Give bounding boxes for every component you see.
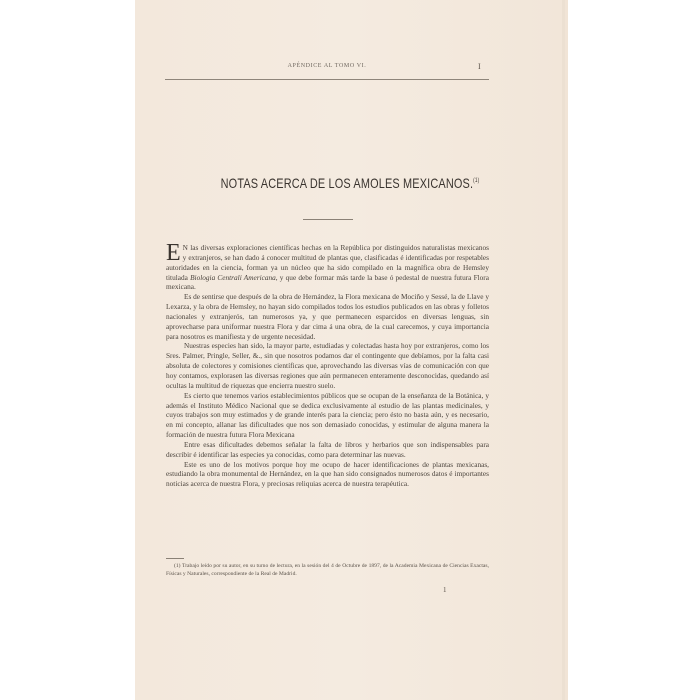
- article-title-text: NOTAS ACERCA DE LOS AMOLES MEXICANOS.: [221, 175, 474, 191]
- title-rule: [303, 219, 353, 220]
- running-head-title: APÉNDICE AL TOMO VI.: [165, 63, 489, 69]
- footnote-text: Trabajo leído por su autor, en su turno …: [166, 563, 489, 577]
- drop-cap: E: [166, 244, 181, 262]
- footnote-marker: (1): [174, 563, 181, 569]
- title-footnote-marker: (1): [473, 178, 479, 184]
- paragraph: EN las diversas exploraciones científica…: [166, 243, 489, 292]
- paragraph: Este es uno de los motivos porque hoy me…: [166, 460, 489, 490]
- paragraph: Es cierto que tenemos varios establecimi…: [166, 391, 489, 440]
- book-title: Biologia Centrali Americana: [190, 273, 276, 282]
- article-body: EN las diversas exploraciones científica…: [166, 243, 489, 489]
- running-head-folio: I: [478, 62, 481, 71]
- paragraph: Es de sentirse que después de la obra de…: [166, 292, 489, 341]
- footnote: (1) Trabajo leído por su autor, en su tu…: [166, 562, 489, 578]
- paragraph: Nuestras especies han sido, la mayor par…: [166, 341, 489, 390]
- footnote-rule: [166, 558, 184, 559]
- article-title: NOTAS ACERCA DE LOS AMOLES MEXICANOS.(1): [194, 175, 506, 191]
- page-number: 1: [443, 586, 447, 594]
- paragraph: Entre esas dificultades debemos señalar …: [166, 440, 489, 460]
- header-rule: [165, 79, 489, 80]
